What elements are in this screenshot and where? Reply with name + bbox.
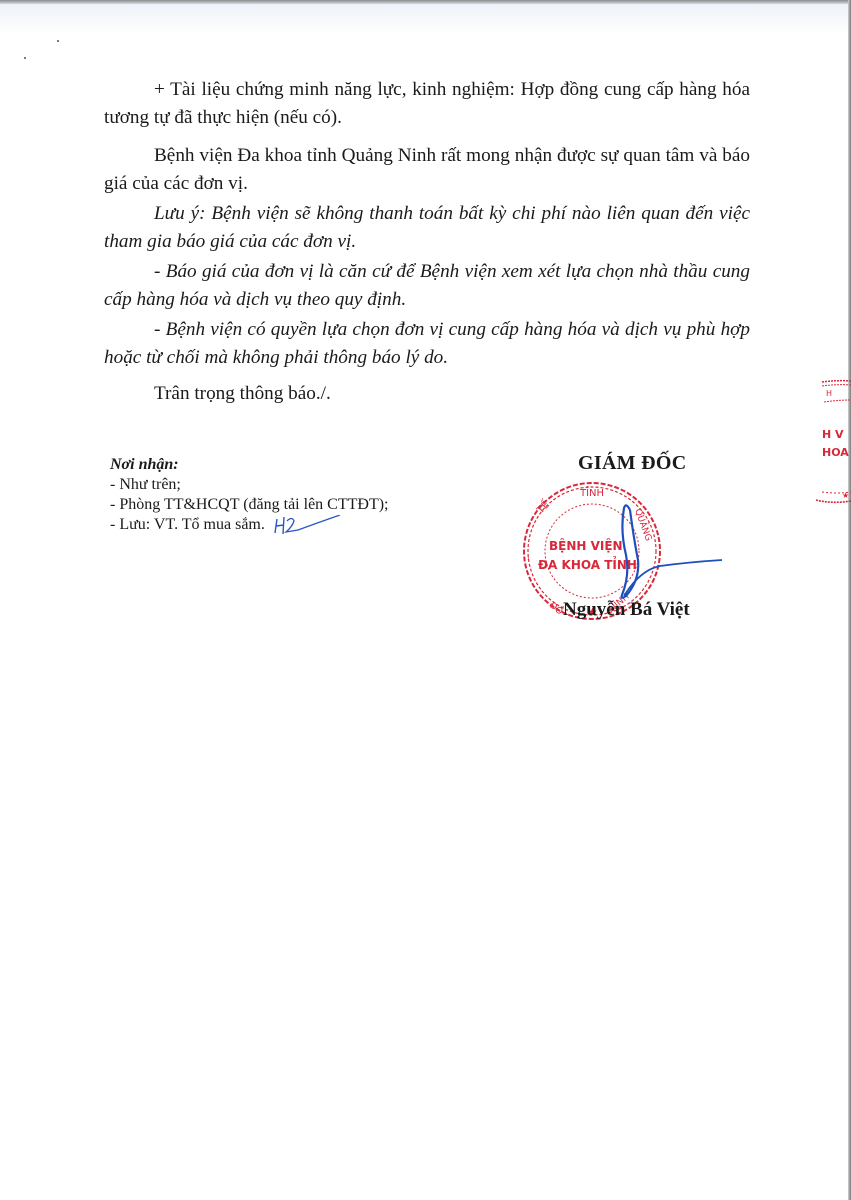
scan-speck [57,40,59,42]
paragraph-closing: Trân trọng thông báo./. [104,380,750,408]
recipient-item: - Lưu: VT. Tổ mua sắm. [110,515,388,535]
adjacent-page-stamp-fragment-icon: H H V HOA ★ [812,372,851,522]
recipient-item-text: - Lưu: VT. Tổ mua sắm. [110,516,265,533]
paragraph-documents-requirement: + Tài liệu chứng minh năng lực, kinh ngh… [104,76,750,132]
scan-speck [24,57,26,59]
recipients-block: Nơi nhận: - Như trên; - Phòng TT&HCQT (đ… [110,455,388,535]
signatory-name: Nguyễn Bá Việt [563,599,690,621]
recipient-item: - Phòng TT&HCQT (đăng tải lên CTTĐT); [110,495,388,515]
signatory-title: GIÁM ĐỐC [578,452,687,475]
paragraph-note-payment: Lưu ý: Bệnh viện sẽ không thanh toán bất… [104,200,750,256]
svg-text:H: H [826,389,832,398]
svg-text:TỈNH: TỈNH [579,485,604,499]
svg-text:HOA: HOA [822,446,849,459]
paragraph-note-rights: - Bệnh viện có quyền lựa chọn đơn vị cun… [104,316,750,372]
signature-icon [600,500,725,610]
svg-text:★: ★ [842,491,849,500]
scan-top-shade [0,4,851,34]
paragraph-hospital-request: Bệnh viện Đa khoa tỉnh Quảng Ninh rất mo… [104,142,750,198]
handwritten-initials-icon [272,515,342,535]
paragraph-note-basis: - Báo giá của đơn vị là căn cứ để Bệnh v… [104,258,750,314]
svg-text:›: › [527,554,530,562]
recipients-title: Nơi nhận: [110,455,388,475]
svg-text:H V: H V [822,428,844,441]
recipient-item: - Như trên; [110,475,388,495]
